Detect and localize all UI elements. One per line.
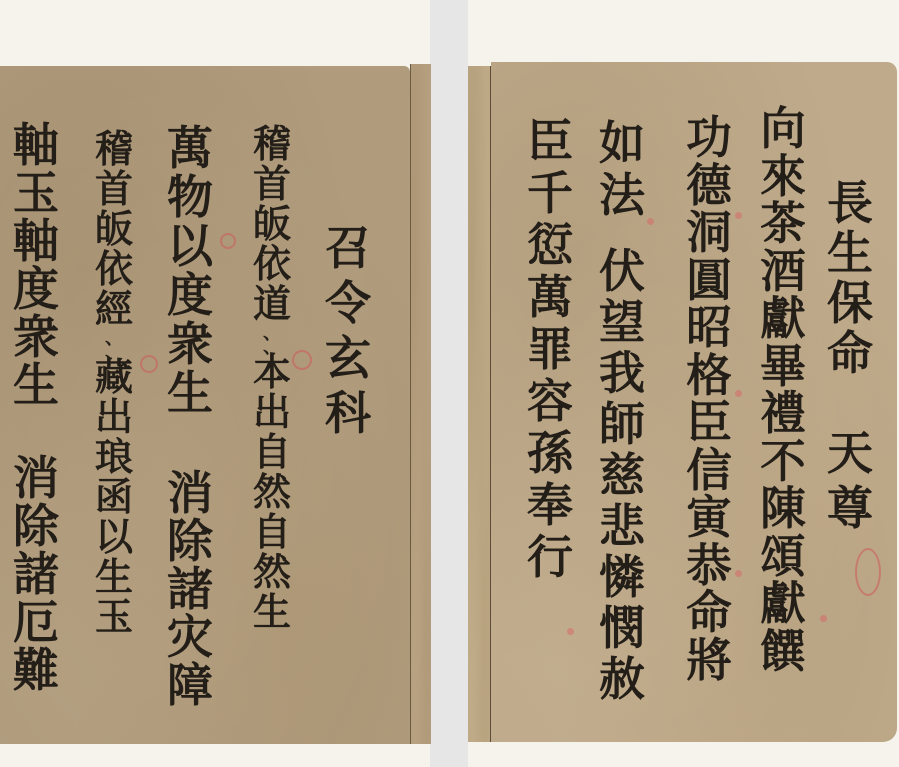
red-dot-mark <box>647 218 654 225</box>
character: 向 <box>757 106 809 154</box>
character: 度 <box>164 272 216 321</box>
character: 萬 <box>164 125 216 174</box>
character: 度 <box>10 266 62 314</box>
text-column: 消除諸灾障 <box>164 470 216 710</box>
book-spread: 長生保命天尊向來茶酒獻畢禮不陳頌獻饌功德洞圓昭格臣信寅恭命將如法伏望我師慈悲憐憫… <box>0 0 899 767</box>
character: 禮 <box>757 391 809 439</box>
character: 衆 <box>10 314 62 362</box>
character: 諸 <box>10 551 62 599</box>
character: 依 <box>246 245 298 285</box>
character: 獻 <box>757 296 809 344</box>
red-dot-mark <box>735 212 742 219</box>
character: 科 <box>322 390 374 445</box>
character: 我 <box>596 350 648 401</box>
character: 琅 <box>88 438 140 478</box>
character: 消 <box>164 470 216 518</box>
left-page-fold <box>410 64 431 744</box>
character: 厄 <box>10 599 62 647</box>
text-column: 如法 <box>596 120 648 224</box>
character: 長 <box>824 180 876 230</box>
character: 首 <box>88 170 140 210</box>
character: 障 <box>164 662 216 710</box>
character: 玄 <box>322 335 374 390</box>
character: 稽 <box>88 130 140 170</box>
character: 本 <box>246 353 298 393</box>
character: 函 <box>88 478 140 518</box>
character: 以 <box>164 223 216 272</box>
character: 臣 <box>683 400 735 448</box>
right-page-fold <box>468 66 491 742</box>
character: 恭 <box>683 543 735 591</box>
character: 諸 <box>164 566 216 614</box>
book-gutter <box>430 0 468 767</box>
character: 赦 <box>596 656 648 707</box>
character: 不 <box>757 439 809 487</box>
character: 然 <box>246 473 298 513</box>
character: 愆 <box>524 222 576 274</box>
character: 饌 <box>757 629 809 677</box>
character: 伏 <box>596 248 648 299</box>
text-column: 臣千愆萬罪容孫奉行 <box>524 118 576 586</box>
character: 行 <box>524 534 576 586</box>
text-column: 向來茶酒獻畢禮不陳頌獻饌 <box>757 106 809 676</box>
character: 奉 <box>524 482 576 534</box>
character: 寅 <box>683 495 735 543</box>
character: 功 <box>683 115 735 163</box>
character: 圓 <box>683 258 735 306</box>
character: 首 <box>246 165 298 205</box>
character: 自 <box>246 433 298 473</box>
character: 玉 <box>10 170 62 218</box>
red-seal-mark <box>220 233 236 249</box>
character: 畢 <box>757 344 809 392</box>
character: 生 <box>824 230 876 280</box>
character: 陳 <box>757 486 809 534</box>
character: 慈 <box>596 452 648 503</box>
character: 生 <box>88 558 140 598</box>
text-column: 伏望我師慈悲憐憫赦 <box>596 248 648 707</box>
character: 依 <box>88 250 140 290</box>
character: 令 <box>322 280 374 335</box>
character: 然 <box>246 553 298 593</box>
character: 藏 <box>88 358 140 398</box>
red-dot-mark <box>820 615 827 622</box>
character: 茶 <box>757 201 809 249</box>
character: 法 <box>596 172 648 224</box>
character: 孫 <box>524 430 576 482</box>
character: 軸 <box>10 122 62 170</box>
character: 消 <box>10 455 62 503</box>
character: 經 <box>88 290 140 330</box>
character: 德 <box>683 163 735 211</box>
character: 望 <box>596 299 648 350</box>
text-column: 萬物以度衆生 <box>164 125 216 419</box>
character: 頌 <box>757 534 809 582</box>
red-dot-mark <box>735 390 742 397</box>
character: 命 <box>683 590 735 638</box>
character: 出 <box>246 393 298 433</box>
character: 除 <box>10 503 62 551</box>
character: 憐 <box>596 554 648 605</box>
character: 格 <box>683 353 735 401</box>
red-seal-mark <box>292 350 312 370</box>
character: 如 <box>596 120 648 172</box>
character: 自 <box>246 513 298 553</box>
character: 出 <box>88 398 140 438</box>
character: 難 <box>10 647 62 695</box>
text-column: 軸玉軸度衆生 <box>10 122 62 410</box>
character: 千 <box>524 170 576 222</box>
character: 保 <box>824 280 876 330</box>
character: 臣 <box>524 118 576 170</box>
character: 稽 <box>246 125 298 165</box>
character: 容 <box>524 378 576 430</box>
character: 憫 <box>596 605 648 656</box>
character: 信 <box>683 448 735 496</box>
text-column: 稽首皈依道、、本出自然自然生 <box>246 125 298 633</box>
character: 命 <box>824 330 876 380</box>
character: 天 <box>824 430 876 485</box>
character: 生 <box>10 362 62 410</box>
character: 昭 <box>683 305 735 353</box>
character: 生 <box>164 370 216 419</box>
character: 尊 <box>824 485 876 540</box>
character: 軸 <box>10 218 62 266</box>
character: 以 <box>88 518 140 558</box>
character: 將 <box>683 638 735 686</box>
character: 酒 <box>757 249 809 297</box>
character: 皈 <box>246 205 298 245</box>
character: 萬 <box>524 274 576 326</box>
character: 洞 <box>683 210 735 258</box>
character: 玉 <box>88 598 140 638</box>
character: 物 <box>164 174 216 223</box>
character: 除 <box>164 518 216 566</box>
character: 獻 <box>757 581 809 629</box>
character: 灾 <box>164 614 216 662</box>
red-seal-mark <box>855 548 881 596</box>
red-dot-mark <box>735 570 742 577</box>
character: 師 <box>596 401 648 452</box>
text-column: 長生保命 <box>824 180 876 380</box>
character: 皈 <box>88 210 140 250</box>
character: 衆 <box>164 321 216 370</box>
text-column: 消除諸厄難 <box>10 455 62 695</box>
text-column: 天尊 <box>824 430 876 540</box>
text-column: 召令玄科 <box>322 225 374 445</box>
text-column: 功德洞圓昭格臣信寅恭命將 <box>683 115 735 685</box>
character: 來 <box>757 154 809 202</box>
red-seal-mark <box>140 355 158 373</box>
character: 道 <box>246 285 298 325</box>
red-dot-mark <box>567 628 574 635</box>
character: 悲 <box>596 503 648 554</box>
character: 召 <box>322 225 374 280</box>
character: 生 <box>246 593 298 633</box>
text-column: 稽首皈依經、、藏出琅函以生玉 <box>88 130 140 638</box>
character: 罪 <box>524 326 576 378</box>
